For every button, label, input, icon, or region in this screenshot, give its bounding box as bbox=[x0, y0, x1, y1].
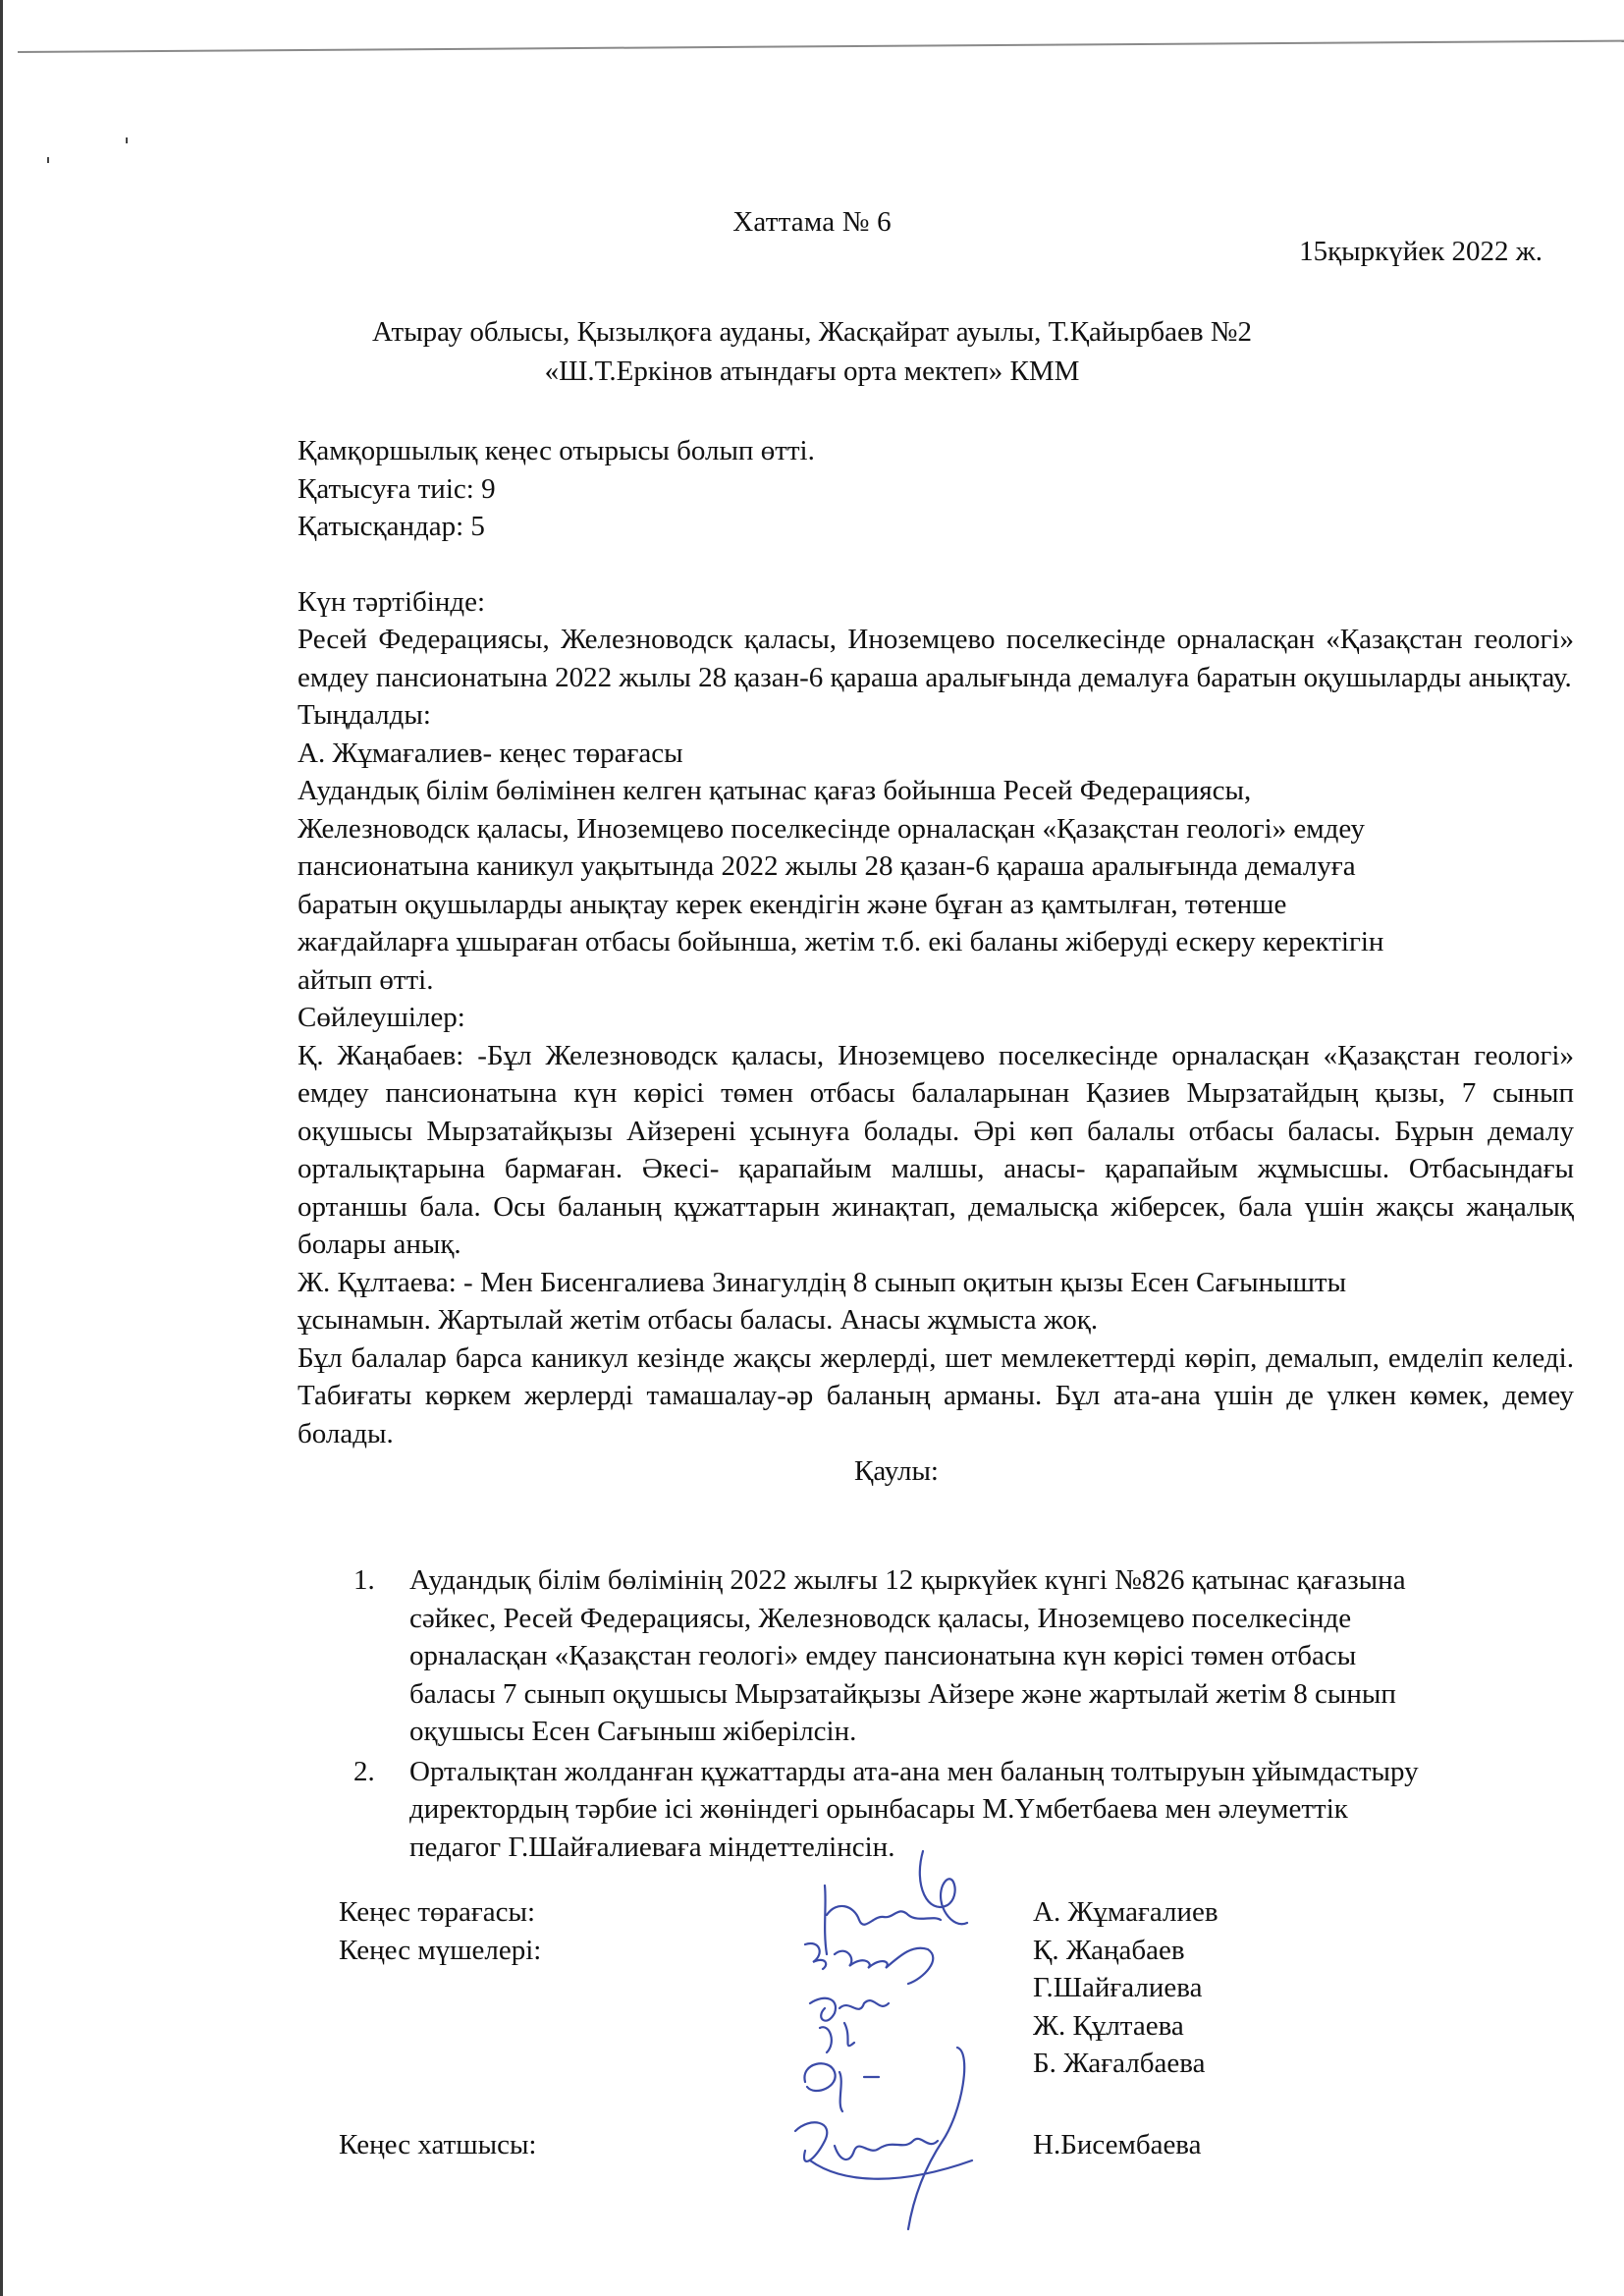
members-label: Кеңес мүшелері: bbox=[339, 1932, 541, 1970]
scan-speck bbox=[47, 157, 49, 163]
agenda-text: Ресей Федерациясы, Железноводск қаласы, … bbox=[298, 621, 1574, 696]
attended-label: Қатысқандар: bbox=[298, 511, 463, 542]
resolution-list: 1. Аудандық білім бөлімінің 2022 жылғы 1… bbox=[353, 1561, 1571, 1866]
scan-artifact-line bbox=[18, 40, 1624, 53]
speaker-kultaeva-line-1: Ж. Құлтаева: - Мен Бисенгалиева Зинагулд… bbox=[298, 1264, 1574, 1302]
scan-speck bbox=[126, 137, 128, 143]
signatory-name: Г.Шайғалиева bbox=[1033, 1969, 1218, 2007]
speakers-closing: Бұл балалар барса каникул кезінде жақсы … bbox=[298, 1339, 1574, 1453]
organization-line-2: «Ш.Т.Еркінов атындағы орта мектеп» КММ bbox=[0, 352, 1624, 391]
secretary-label: Кеңес хатшысы: bbox=[339, 2129, 537, 2161]
document-date: 15қыркүйек 2022 ж. bbox=[1299, 236, 1543, 268]
expected-label: Қатысуға тиіс: bbox=[298, 473, 474, 505]
resolution-line: сәйкес, Ресей Федерациясы, Железноводск … bbox=[409, 1600, 1571, 1638]
speaker-zhanabaev: Қ. Жаңабаев: -Бұл Железноводск қаласы, И… bbox=[298, 1037, 1574, 1264]
organization-header: Атырау облысы, Қызылқоға ауданы, Жасқайр… bbox=[0, 312, 1624, 391]
heard-line: баратын оқушыларды анықтау керек екендіг… bbox=[298, 886, 1574, 924]
resolution-line: баласы 7 сынып оқушысы Мырзатайқызы Айзе… bbox=[409, 1675, 1571, 1714]
secretary-name: Н.Бисембаева bbox=[1033, 2129, 1202, 2161]
resolution-line: директордың тәрбие ісі жөніндегі орынбас… bbox=[409, 1790, 1571, 1829]
chair-label: Кеңес төрағасы: bbox=[339, 1893, 541, 1932]
signatory-name: Қ. Жаңабаев bbox=[1033, 1932, 1218, 1970]
actual-attendance: Қатысқандар: 5 bbox=[298, 508, 1574, 546]
heard-line: Железноводск қаласы, Иноземцево поселкес… bbox=[298, 810, 1574, 848]
resolution-number: 2. bbox=[353, 1753, 409, 1867]
handwritten-signatures-icon bbox=[766, 1846, 1021, 2239]
signatory-name: А. Жұмағалиев bbox=[1033, 1893, 1218, 1932]
heard-heading: Тыңдалды: bbox=[298, 696, 1574, 735]
organization-line-1: Атырау облысы, Қызылқоға ауданы, Жасқайр… bbox=[0, 312, 1624, 352]
resolution-line: оқушысы Есен Сағыныш жіберілсін. bbox=[409, 1713, 1571, 1751]
document-title: Хаттама № 6 bbox=[0, 206, 1624, 239]
heard-speaker: А. Жұмағалиев- кеңес төрағасы bbox=[298, 735, 1574, 773]
heard-line: айтып өтті. bbox=[298, 961, 1574, 1000]
signatory-name: Б. Жағалбаева bbox=[1033, 2045, 1218, 2083]
resolution-line: Орталықтан жолданған құжаттарды ата-ана … bbox=[409, 1753, 1571, 1791]
resolution-line: Аудандық білім бөлімінің 2022 жылғы 12 қ… bbox=[409, 1561, 1571, 1600]
heard-line: пансионатына каникул уақытында 2022 жылы… bbox=[298, 847, 1574, 886]
attended-count: 5 bbox=[470, 511, 485, 542]
expected-count: 9 bbox=[481, 473, 496, 505]
heard-line: жағдайларға ұшыраған отбасы бойынша, жет… bbox=[298, 923, 1574, 961]
agenda-heading: Күн тәртібінде: bbox=[298, 583, 1574, 622]
resolution-number: 1. bbox=[353, 1561, 409, 1751]
speakers-heading: Сөйлеушілер: bbox=[298, 999, 1574, 1037]
speaker-kultaeva-line-2: ұсынамын. Жартылай жетім отбасы баласы. … bbox=[298, 1301, 1574, 1339]
document-body: Қамқоршылық кеңес отырысы болып өтті. Қа… bbox=[298, 432, 1574, 1491]
signatory-name: Ж. Құлтаева bbox=[1033, 2007, 1218, 2046]
meeting-held: Қамқоршылық кеңес отырысы болып өтті. bbox=[298, 432, 1574, 470]
resolution-item: 1. Аудандық білім бөлімінің 2022 жылғы 1… bbox=[353, 1561, 1571, 1751]
resolution-heading: Қаулы: bbox=[298, 1452, 1574, 1491]
heard-line: Аудандық білім бөлімінен келген қатынас … bbox=[298, 772, 1574, 810]
expected-attendance: Қатысуға тиіс: 9 bbox=[298, 470, 1574, 509]
resolution-line: орналасқан «Қазақстан геологі» емдеу пан… bbox=[409, 1637, 1571, 1675]
